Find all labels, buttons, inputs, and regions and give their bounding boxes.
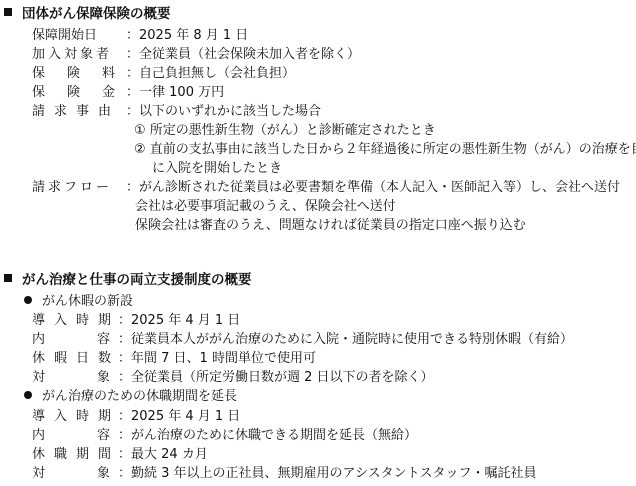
field-label: 加入対象者 [32, 43, 118, 62]
field-row-intro-date: 導入時期 ： 2025 年 4 月 1 日 [32, 405, 240, 424]
field-row-content: 内容 ： 従業員本人ががん治療のために入院・通院時に使用できる特別休暇（有給） [32, 328, 573, 347]
field-value: 最大 24 カ月 [131, 443, 208, 462]
field-value: 一律 100 万円 [139, 81, 224, 100]
field-label: 対象 [32, 462, 112, 481]
field-row-intro-date: 導入時期 ： 2025 年 4 月 1 日 [32, 309, 240, 328]
field-row-target: 対象 ： 勤続 3 年以上の正社員、無期雇用のアシスタントスタッフ・嘱託社員 [32, 462, 537, 481]
field-label: 内容 [32, 424, 112, 443]
field-label: 対象 [32, 366, 112, 385]
field-value: 以下のいずれかに該当した場合 [139, 100, 321, 119]
subsection-title: がん治療のための休職期間を延長 [42, 385, 237, 404]
colon: ： [126, 100, 139, 119]
field-value: 2025 年 4 月 1 日 [131, 405, 240, 424]
square-bullet-icon [4, 274, 12, 282]
field-value: 2025 年 8 月 1 日 [139, 24, 248, 43]
square-bullet-icon [4, 8, 12, 16]
field-label: 保険金 [32, 81, 118, 100]
field-row-leave-days: 休暇日数 ： 年間 7 日、1 時間単位で使用可 [32, 347, 316, 366]
claim-flow-text: 会社は必要事項記載のうえ、保険会社へ送付 [135, 195, 396, 214]
field-row-content: 内容 ： がん治療のために休職できる期間を延長（無給） [32, 424, 417, 443]
claim-reason-continuation: に入院を開始したとき [152, 157, 282, 176]
field-row-eligible: 加入対象者 ： 全従業員（社会保険未加入者を除く） [32, 43, 360, 62]
colon: ： [118, 443, 131, 462]
colon: ： [118, 309, 131, 328]
colon: ： [126, 81, 139, 100]
field-label: 内容 [32, 328, 112, 347]
field-row-target: 対象 ： 全従業員（所定労働日数が週 2 日以下の者を除く） [32, 366, 434, 385]
claim-reason-text: ① 所定の悪性新生物（がん）と診断確定されたとき [134, 119, 436, 138]
colon: ： [126, 176, 139, 195]
field-label: 請求フロー [32, 176, 118, 195]
colon: ： [118, 405, 131, 424]
field-label: 請求事由 [32, 100, 118, 119]
colon: ： [126, 24, 139, 43]
field-value: 自己負担無し（会社負担） [139, 62, 295, 81]
field-value: 全従業員（社会保険未加入者を除く） [139, 43, 360, 62]
colon: ： [126, 62, 139, 81]
section-heading-cancer-insurance: 団体がん保障保険の概要 [4, 2, 171, 22]
field-row-benefit: 保険金 ： 一律 100 万円 [32, 81, 224, 100]
field-value: 勤続 3 年以上の正社員、無期雇用のアシスタントスタッフ・嘱託社員 [131, 462, 537, 481]
field-value: がん治療のために休職できる期間を延長（無給） [131, 424, 417, 443]
field-row-start-date: 保障開始日 ： 2025 年 8 月 1 日 [32, 24, 248, 43]
section-title: 団体がん保障保険の概要 [22, 2, 171, 22]
field-value: 従業員本人ががん治療のために入院・通院時に使用できる特別休暇（有給） [131, 328, 573, 347]
claim-flow-line: 会社は必要事項記載のうえ、保険会社へ送付 [135, 195, 396, 214]
colon: ： [118, 347, 131, 366]
colon: ： [118, 424, 131, 443]
claim-reason-item: ① 所定の悪性新生物（がん）と診断確定されたとき [134, 119, 436, 138]
field-value: がん診断された従業員は必要書類を準備（本人記入・医師記入等）し、会社へ送付 [139, 176, 620, 195]
field-label: 導入時期 [32, 309, 112, 328]
field-row-claim-flow: 請求フロー ： がん診断された従業員は必要書類を準備（本人記入・医師記入等）し、… [32, 176, 620, 195]
circle-bullet-icon [24, 296, 32, 304]
claim-reason-item: ② 直前の支払事由に該当した日から２年経過後に所定の悪性新生物（がん）の治療を目… [134, 138, 636, 157]
field-value: 全従業員（所定労働日数が週 2 日以下の者を除く） [131, 366, 434, 385]
field-label: 休暇日数 [32, 347, 112, 366]
colon: ： [126, 43, 139, 62]
field-value: 2025 年 4 月 1 日 [131, 309, 240, 328]
circle-bullet-icon [24, 391, 32, 399]
colon: ： [118, 366, 131, 385]
claim-reason-text: に入院を開始したとき [152, 157, 282, 176]
field-row-claim-reason: 請求事由 ： 以下のいずれかに該当した場合 [32, 100, 321, 119]
field-label: 保障開始日 [32, 24, 118, 43]
section-title: がん治療と仕事の両立支援制度の概要 [22, 268, 252, 288]
field-value: 年間 7 日、1 時間単位で使用可 [131, 347, 316, 366]
field-label: 導入時期 [32, 405, 112, 424]
claim-flow-text: 保険会社は審査のうえ、問題なければ従業員の指定口座へ振り込む [135, 214, 526, 233]
subsection-heading-leave-extension: がん治療のための休職期間を延長 [24, 385, 237, 404]
subsection-title: がん休暇の新設 [42, 290, 133, 309]
field-row-leave-period: 休職期間 ： 最大 24 カ月 [32, 443, 208, 462]
subsection-heading-cancer-leave: がん休暇の新設 [24, 290, 133, 309]
field-row-premium: 保険料 ： 自己負担無し（会社負担） [32, 62, 295, 81]
field-label: 休職期間 [32, 443, 112, 462]
colon: ： [118, 328, 131, 347]
claim-reason-text: ② 直前の支払事由に該当した日から２年経過後に所定の悪性新生物（がん）の治療を目… [134, 138, 636, 157]
colon: ： [118, 462, 131, 481]
section-heading-work-support: がん治療と仕事の両立支援制度の概要 [4, 268, 252, 288]
field-label: 保険料 [32, 62, 118, 81]
claim-flow-line: 保険会社は審査のうえ、問題なければ従業員の指定口座へ振り込む [135, 214, 526, 233]
